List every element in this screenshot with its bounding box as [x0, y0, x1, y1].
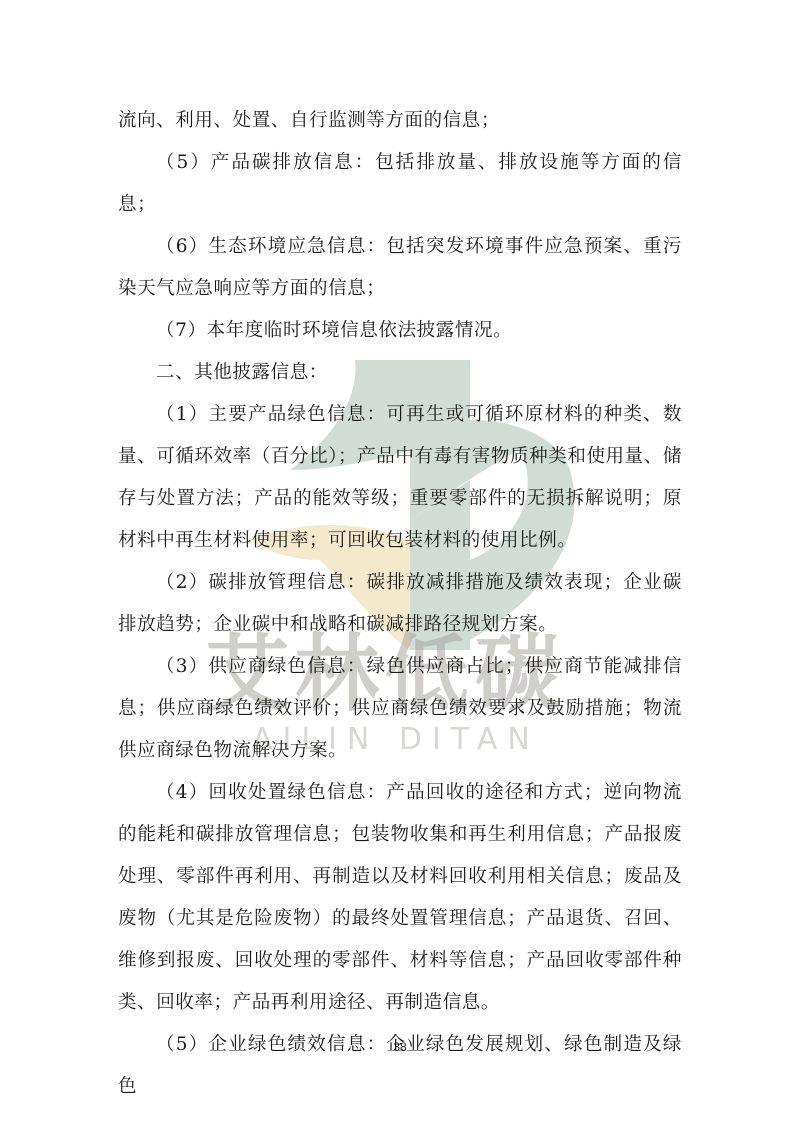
page-number: 38	[0, 1040, 800, 1054]
paragraph: （3）供应商绿色信息：绿色供应商占比；供应商节能减排信息；供应商绿色绩效评价；供…	[118, 646, 682, 772]
paragraph: （7）本年度临时环境信息依法披露情况。	[118, 310, 682, 352]
section-heading: 二、其他披露信息：	[118, 352, 682, 394]
paragraph: （1）主要产品绿色信息：可再生或可循环原材料的种类、数量、可循环效率（百分比）；…	[118, 394, 682, 562]
paragraph: （4）回收处置绿色信息：产品回收的途径和方式；逆向物流的能耗和碳排放管理信息；包…	[118, 772, 682, 1024]
paragraph: （5）企业绿色绩效信息：企业绿色发展规划、绿色制造及绿色	[118, 1024, 682, 1108]
paragraph: （5）产品碳排放信息：包括排放量、排放设施等方面的信息；	[118, 142, 682, 226]
paragraph: （6）生态环境应急信息：包括突发环境事件应急预案、重污染天气应急响应等方面的信息…	[118, 226, 682, 310]
document-page: 艾林低碳 AILIN DITAN 流向、利用、处置、自行监测等方面的信息； （5…	[0, 0, 800, 1132]
document-body: 流向、利用、处置、自行监测等方面的信息； （5）产品碳排放信息：包括排放量、排放…	[118, 100, 682, 1108]
paragraph: 流向、利用、处置、自行监测等方面的信息；	[118, 100, 682, 142]
paragraph: （2）碳排放管理信息：碳排放减排措施及绩效表现；企业碳排放趋势；企业碳中和战略和…	[118, 562, 682, 646]
